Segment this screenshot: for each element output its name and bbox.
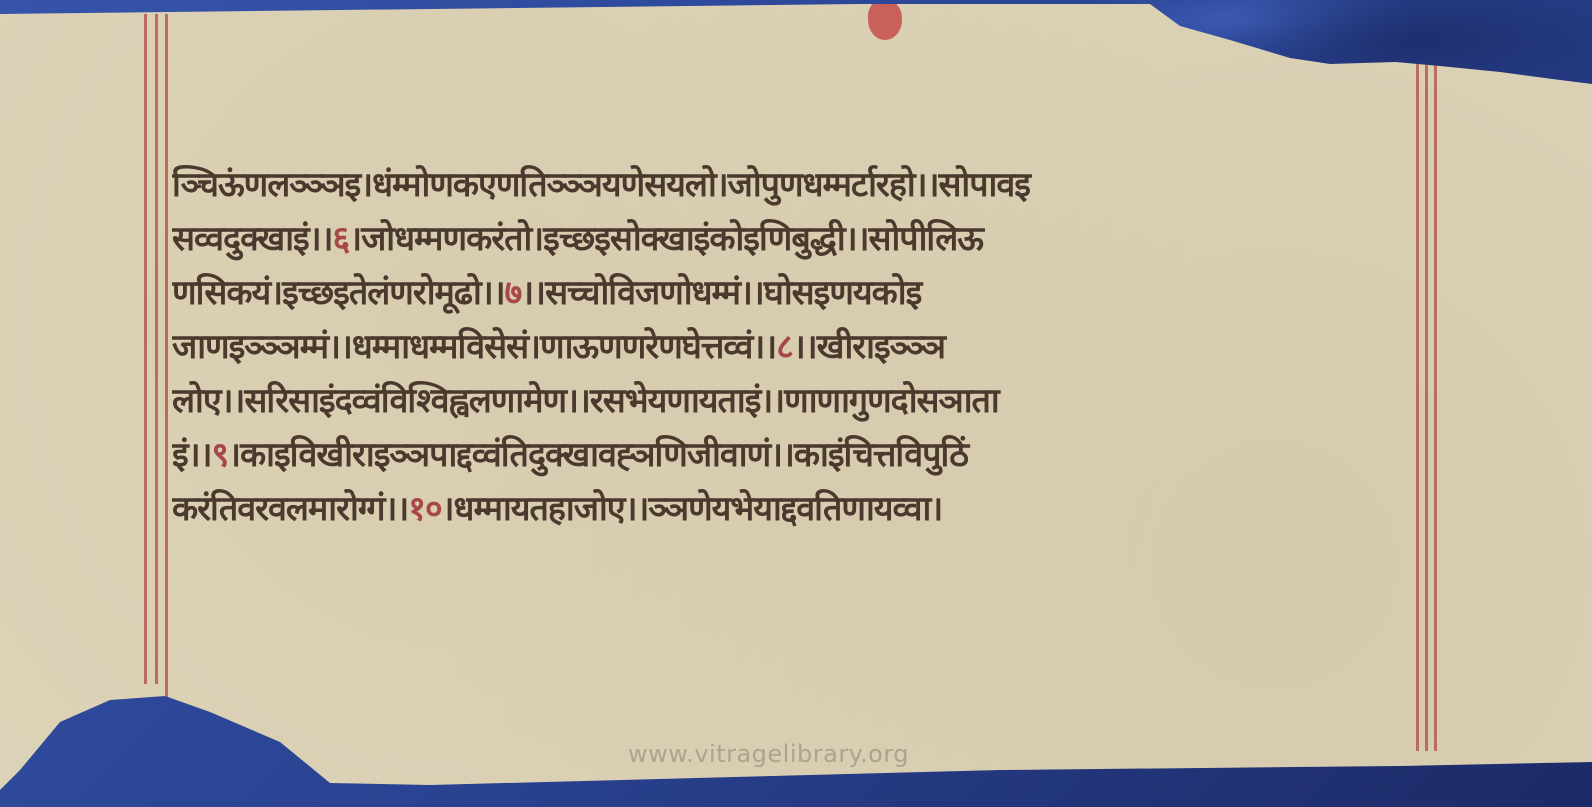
line-text: ।जोधम्मणकरंतो।इच्छइसोक्खाइंकोइणिबुद्धी।।… [349, 219, 983, 259]
text-line: लोए।।सरिसाइंदव्वंविश्विह्वलणामेण।।रसभेयण… [172, 374, 1422, 428]
left-ruling-line [144, 14, 147, 684]
right-ruling-line [1434, 56, 1437, 751]
manuscript-folio: ञ्चिऊंणलञ्ञ्ञइ।धंम्मोणकएणतिञ्ञ्ञयणेसयलो।… [0, 0, 1592, 807]
verse-number: १० [408, 489, 441, 529]
right-ruling-line [1425, 56, 1428, 751]
text-line: इं।।९।काइविखीराइञ्ञपाद्दव्वंतिदुक्खावह्ञ… [172, 428, 1422, 482]
line-text: ञ्चिऊंणलञ्ञ्ञइ।धंम्मोणकएणतिञ्ञ्ञयणेसयलो।… [172, 165, 1030, 205]
text-line: करंतिवरवलमारोग्गं।।१०।धम्मायतहाजोए।।ञ्ञण… [172, 482, 1422, 536]
line-text: लोए।।सरिसाइंदव्वंविश्विह्वलणामेण।।रसभेयण… [172, 381, 999, 421]
line-text: ।।खीराइञ्ञ्ञ [793, 327, 945, 367]
manuscript-text: ञ्चिऊंणलञ्ञ्ञइ।धंम्मोणकएणतिञ्ञ्ञयणेसयलो।… [172, 158, 1422, 536]
left-ruling-line [155, 14, 158, 684]
line-text: ।।सच्चोविजणोधम्मं।।घोसइणयकोइ [521, 273, 921, 313]
line-text: करंतिवरवलमारोग्गं।। [172, 489, 408, 529]
red-stain [868, 0, 902, 40]
text-line: णसिकयं।इच्छइतेलंणरोमूढो।।७।।सच्चोविजणोधम… [172, 266, 1422, 320]
watermark: www.vitragelibrary.org [628, 740, 909, 768]
text-line: सव्वदुक्खाइं।।६।जोधम्मणकरंतो।इच्छइसोक्खा… [172, 212, 1422, 266]
verse-number: ८ [776, 327, 793, 367]
verse-number: ७ [505, 273, 522, 313]
verse-number: ९ [211, 435, 228, 475]
verse-number: ६ [333, 219, 350, 259]
line-text: ।काइविखीराइञ्ञपाद्दव्वंतिदुक्खावह्ञणिजीव… [228, 435, 968, 475]
line-text: सव्वदुक्खाइं।। [172, 219, 333, 259]
line-text: इं।। [172, 435, 211, 475]
line-text: जाणइञ्ञ्ञम्मं।।धम्माधम्मविसेसं।णाऊणणरेणघ… [172, 327, 776, 367]
left-ruling-line [165, 14, 168, 704]
text-line: ञ्चिऊंणलञ्ञ्ञइ।धंम्मोणकएणतिञ्ञ्ञयणेसयलो।… [172, 158, 1422, 212]
line-text: ।धम्मायतहाजोए।।ञ्ञणेयभेयाद्दवतिणायव्वा। [442, 489, 943, 529]
line-text: णसिकयं।इच्छइतेलंणरोमूढो।। [172, 273, 505, 313]
text-line: जाणइञ्ञ्ञम्मं।।धम्माधम्मविसेसं।णाऊणणरेणघ… [172, 320, 1422, 374]
